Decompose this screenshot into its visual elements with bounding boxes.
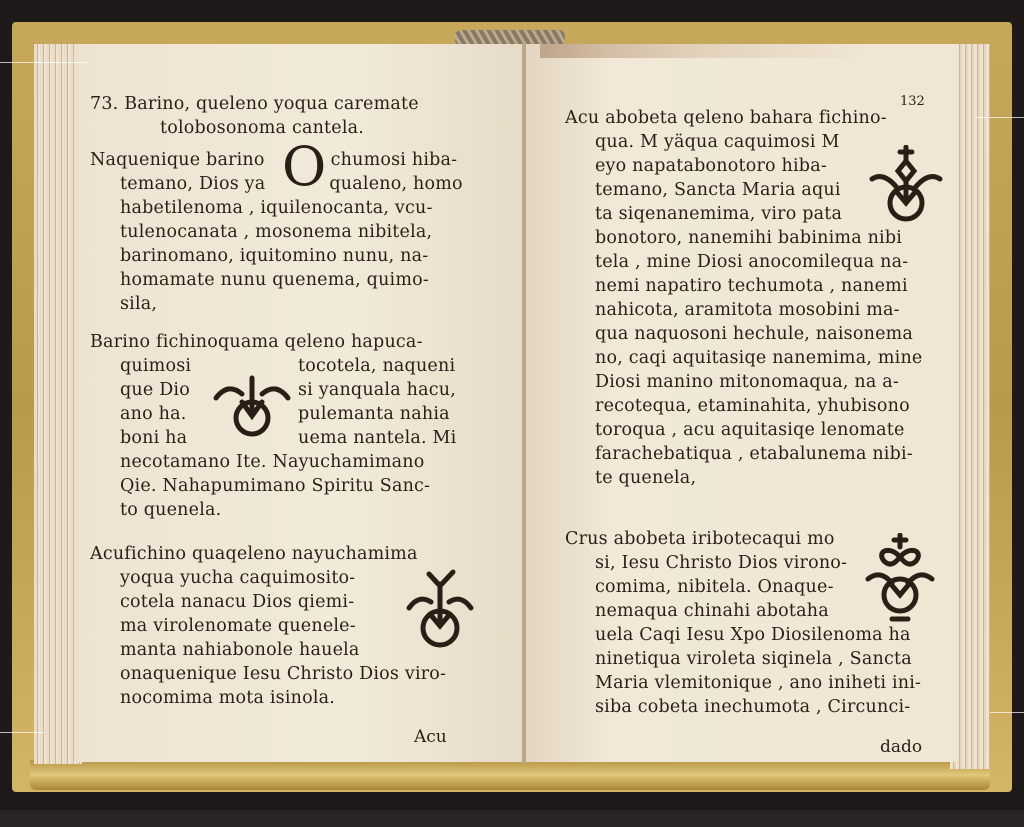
left-paragraph-3: Acufichino quaqeleno nayuchamima yoqua y…	[90, 542, 446, 710]
jesus-monogram-ornament-icon	[405, 568, 475, 654]
section-number: 73.	[90, 94, 118, 114]
left-heading: 73. Barino, queleno yoqua caremate tolob…	[90, 92, 419, 140]
tape-strip	[990, 712, 1024, 713]
page-stain	[540, 44, 870, 58]
tape-strip	[0, 732, 44, 733]
cross-monogram-ornament-icon	[862, 533, 938, 623]
book-gutter	[522, 44, 526, 764]
maria-monogram-ornament-icon	[868, 145, 944, 225]
right-catchword: dado	[880, 737, 922, 757]
tape-strip	[975, 117, 1024, 118]
background-band	[0, 810, 1024, 827]
ihs-monogram-ornament-icon	[212, 372, 292, 442]
left-paragraph-1: Naquenique barinochumosi hiba- temano, D…	[90, 148, 463, 316]
tape-strip	[0, 62, 88, 63]
book-cover-bottom-edge	[30, 760, 990, 790]
left-catchword: Acu	[414, 727, 447, 747]
page-edges-left	[34, 44, 82, 764]
